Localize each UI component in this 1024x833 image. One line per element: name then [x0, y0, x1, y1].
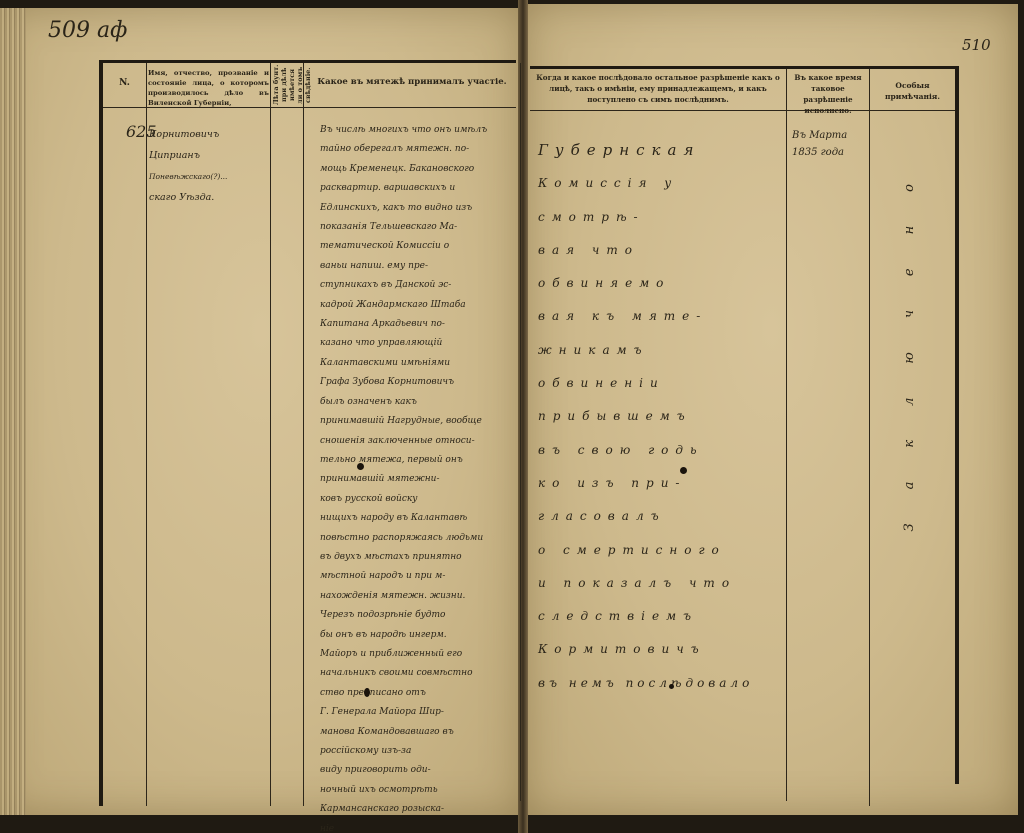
participation-line: Капитана Аркадьевич по-	[320, 315, 520, 334]
participation-line: расквартир. варшавскихъ и	[320, 179, 520, 198]
name-line: Поневѣжскаго(?)...	[149, 166, 271, 187]
right-top-rule	[530, 66, 958, 69]
resolution-line: въ свою годь	[538, 434, 788, 467]
participation-line: нищихъ народу въ Калантавѣ	[320, 509, 520, 528]
participation-line: ваньи напиш. ему пре-	[320, 257, 520, 276]
resolution-line: жникамъ	[538, 334, 788, 367]
participation-line: сношенія заключенные относи-	[320, 432, 520, 451]
time-line: 1835 года	[792, 144, 864, 161]
participation-line: Г. Генерала Майора Шир-	[320, 703, 520, 722]
resolution-line: обвиняемо	[538, 267, 788, 300]
entry-participation: Въ числѣ многихъ что онъ имѣлъ тайно обе…	[320, 121, 520, 833]
paper-hole	[357, 463, 364, 470]
right-header-rule	[530, 110, 958, 111]
right-outer-border	[955, 66, 959, 784]
participation-line: мощь Кременецк. Бакановского	[320, 160, 520, 179]
participation-line: кадрой Жандармскаго Штаба	[320, 296, 520, 315]
divider-number	[146, 63, 147, 806]
participation-line: Майоръ и приближенный его	[320, 645, 520, 664]
participation-line: ніе	[320, 820, 520, 833]
header-name: Имя, отчество, прозваніе и состояніе лиц…	[148, 68, 269, 108]
participation-line: ковъ русской войску	[320, 490, 520, 509]
participation-line: ночный ихъ осмотрѣть	[320, 781, 520, 800]
participation-line: ство предписано отъ	[320, 684, 520, 703]
resolution-line: следствіемъ	[538, 600, 788, 633]
participation-line: показанія Тельшевскаго Ма-	[320, 218, 520, 237]
name-line: скаго Уѣзда.	[149, 187, 271, 208]
resolution-line: смотрѣ-	[538, 201, 788, 234]
participation-line: мѣстной народъ и при м-	[320, 567, 520, 586]
participation-line: тайно оберегалъ мятежн. по-	[320, 140, 520, 159]
header-notes: Особыя примѣчанія.	[871, 80, 954, 102]
entry-resolution: Губернская Комиссія у смотрѣ- вая что об…	[538, 134, 788, 700]
resolution-line: Комиссія у	[538, 167, 788, 200]
time-line: Въ Марта	[792, 127, 864, 144]
participation-line: нахожденія мятежн. жизни.	[320, 587, 520, 606]
participation-line: Кармансанскаго розыска-	[320, 800, 520, 819]
participation-line: ступникахъ въ Данской эс-	[320, 276, 520, 295]
resolution-line: Губернская	[538, 134, 788, 167]
resolution-line: вая къ мяте-	[538, 300, 788, 333]
header-status: Лѣта бунт. при дѣлѣ имѣется ли о томъ св…	[272, 64, 302, 106]
left-folio-number: 509 аф	[48, 18, 127, 43]
resolution-line: въ немъ послѣдовало	[538, 667, 788, 700]
entry-name: Корнитовичъ Циприанъ Поневѣжскаго(?)... …	[149, 124, 271, 208]
resolution-line: вая что	[538, 234, 788, 267]
participation-line: въ двухъ мѣстахъ принятно	[320, 548, 520, 567]
right-folio-number: 510	[962, 36, 991, 54]
entry-notes: Заключено	[902, 150, 922, 532]
participation-line: виду приговорить оди-	[320, 761, 520, 780]
participation-line: начальникъ своими совмѣстно	[320, 664, 520, 683]
resolution-line: и показалъ что	[538, 567, 788, 600]
name-line: Циприанъ	[149, 145, 271, 166]
resolution-line: о смертисного	[538, 534, 788, 567]
left-top-rule	[100, 60, 516, 63]
paper-hole	[669, 684, 674, 689]
participation-line: Черезъ подозрѣніе будто	[320, 606, 520, 625]
participation-line: Едлинскихъ, какъ то видно изъ	[320, 199, 520, 218]
participation-line: тематической Комиссіи о	[320, 237, 520, 256]
participation-line: россійскому изъ-за	[320, 742, 520, 761]
resolution-line: гласовалъ	[538, 500, 788, 533]
resolution-line: обвиненіи	[538, 367, 788, 400]
participation-line: казано что управляющій	[320, 334, 520, 353]
participation-line: Графа Зубова Корнитовичъ	[320, 373, 520, 392]
name-line: Корнитовичъ	[149, 124, 271, 145]
participation-line: Въ числѣ многихъ что онъ имѣлъ	[320, 121, 520, 140]
participation-line: принимавшій мятежни-	[320, 470, 520, 489]
paper-hole	[680, 467, 687, 474]
divider-time	[869, 69, 870, 806]
participation-line: тельно мятежа, первый онъ	[320, 451, 520, 470]
left-outer-border	[99, 60, 103, 806]
resolution-line: ко изъ при-	[538, 467, 788, 500]
participation-line: повѣстно распоряжаясь людьми	[320, 529, 520, 548]
header-participation: Какое въ мятежѣ принималъ участіе.	[304, 77, 520, 87]
participation-line: Калантавскими имѣніями	[320, 354, 520, 373]
participation-line: бы онъ въ народѣ ингерм.	[320, 626, 520, 645]
header-number: N.	[103, 78, 146, 88]
resolution-line: Кормитовичъ	[538, 633, 788, 666]
participation-line: былъ означенъ какъ	[320, 393, 520, 412]
participation-line: манова Командовавшаго въ	[320, 723, 520, 742]
header-resolution: Когда и какое послѣдовало остальное разр…	[532, 72, 784, 105]
divider-status	[303, 63, 304, 806]
participation-line: принимавшій Нагрудные, вообще	[320, 412, 520, 431]
divider-participation	[520, 63, 521, 801]
entry-execution-time: Въ Марта 1835 года	[792, 127, 864, 161]
paper-hole	[364, 688, 370, 697]
page-edges	[0, 8, 26, 815]
header-time: Въ какое время таковое разрѣшеніе исполн…	[788, 72, 868, 116]
resolution-line: прибывшемъ	[538, 400, 788, 433]
